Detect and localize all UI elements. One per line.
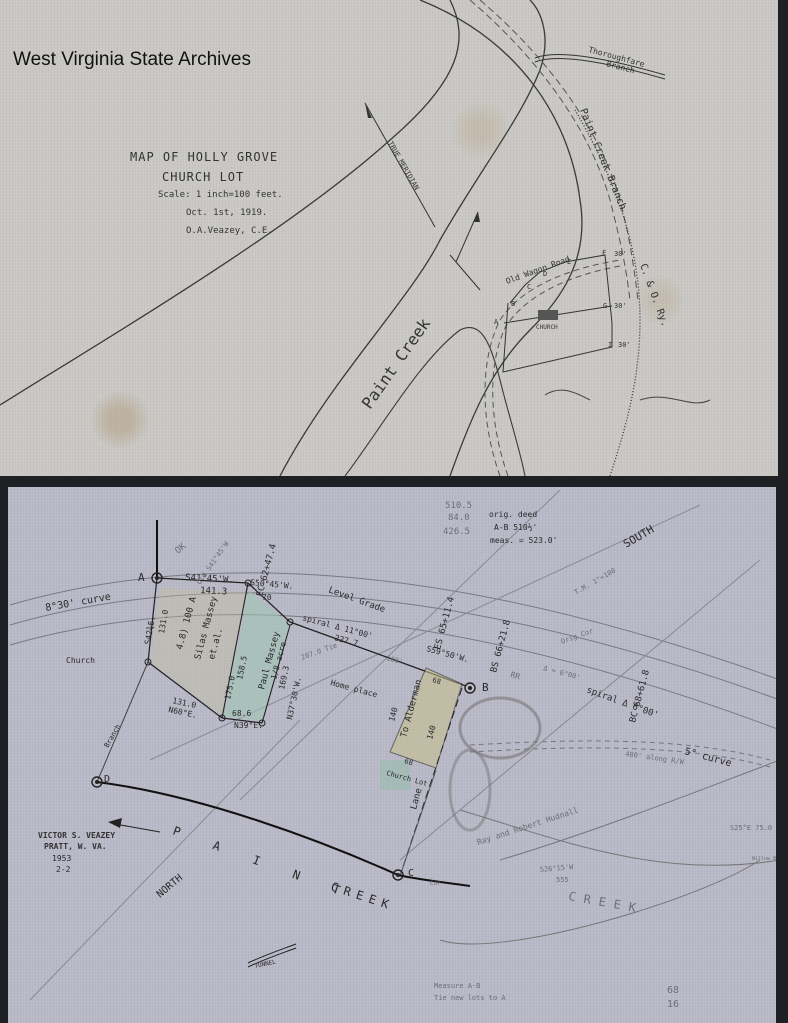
map-surveyor: O.A.Veazey, C.E. xyxy=(186,226,283,236)
svg-text:8°30' curve: 8°30' curve xyxy=(45,592,112,614)
svg-text:Orig Cor: Orig Cor xyxy=(560,627,594,646)
svg-text:N37°30'W.: N37°30'W. xyxy=(285,676,303,720)
svg-text:VICTOR S. VEAZEY: VICTOR S. VEAZEY xyxy=(38,831,115,840)
svg-text:400' along R/W: 400' along R/W xyxy=(625,750,685,766)
svg-text:Measure A-B: Measure A-B xyxy=(434,982,480,990)
svg-text:C: C xyxy=(527,283,531,291)
svg-text:ES 65+11.4: ES 65+11.4 xyxy=(433,596,457,651)
church-label: CHURCH xyxy=(536,324,558,331)
top-map-drawing: A B C D E F G I 30' 30' 30' CHURCH Old W… xyxy=(0,0,778,476)
svg-text:30': 30' xyxy=(614,250,627,258)
svg-text:A: A xyxy=(138,571,145,584)
svg-text:140: 140 xyxy=(387,706,399,722)
svg-text:Home place: Home place xyxy=(329,678,378,699)
svg-text:spiral Δ 6°00': spiral Δ 6°00' xyxy=(585,685,660,720)
svg-text:CREEK: CREEK xyxy=(567,889,644,916)
svg-text:PRATT, W. VA.: PRATT, W. VA. xyxy=(44,842,107,851)
svg-text:RR: RR xyxy=(509,670,521,681)
svg-text:Willow Bush: Willow Bush xyxy=(752,856,776,862)
svg-text:B: B xyxy=(482,681,489,694)
top-map-sheet: A B C D E F G I 30' 30' 30' CHURCH Old W… xyxy=(0,0,778,476)
svg-text:Δ = 6°00': Δ = 6°00' xyxy=(542,664,581,682)
svg-text:P A I N T: P A I N T xyxy=(171,824,355,902)
svg-text:orig. deed: orig. deed xyxy=(489,510,537,519)
svg-text:C: C xyxy=(408,868,414,879)
svg-text:Cor: Cor xyxy=(430,880,441,887)
svg-text:Church: Church xyxy=(66,656,95,665)
bottom-map-drawing: A B C D 8°30' curve S41°45'W. 141.3 S42¾… xyxy=(8,487,776,1023)
svg-text:S25°E 75.0: S25°E 75.0 xyxy=(730,824,772,832)
svg-text:SOUTH: SOUTH xyxy=(621,523,656,551)
svg-text:426.5: 426.5 xyxy=(443,527,470,537)
svg-text:S59°50'W.: S59°50'W. xyxy=(425,644,469,664)
svg-text:68: 68 xyxy=(667,985,679,996)
svg-text:I: I xyxy=(608,341,612,349)
svg-text:B: B xyxy=(511,300,515,308)
archive-watermark: West Virginia State Archives xyxy=(13,49,251,71)
svg-text:TUNNEL: TUNNEL xyxy=(254,959,277,970)
svg-text:207.0 Tie: 207.0 Tie xyxy=(300,641,338,661)
svg-text:2-2: 2-2 xyxy=(56,865,71,874)
map-title: MAP OF HOLLY GROVE xyxy=(130,150,283,164)
svg-text:OK: OK xyxy=(174,541,189,556)
svg-text:C. & O. Ry.: C. & O. Ry. xyxy=(637,262,670,328)
svg-text:G: G xyxy=(603,302,607,310)
svg-text:84.0: 84.0 xyxy=(448,513,470,523)
svg-text:A-B 510½': A-B 510½' xyxy=(494,522,537,532)
map-scale: Scale: 1 inch=100 feet. xyxy=(158,190,283,200)
svg-text:TRUE MERIDIAN: TRUE MERIDIAN xyxy=(386,140,420,191)
map-subtitle: CHURCH LOT xyxy=(162,170,283,184)
svg-text:EC 62+47.4: EC 62+47.4 xyxy=(255,543,279,598)
svg-text:NORTH: NORTH xyxy=(155,873,185,901)
svg-text:5° curve: 5° curve xyxy=(683,746,732,769)
svg-text:D: D xyxy=(104,774,110,785)
svg-text:510.5: 510.5 xyxy=(445,501,472,511)
svg-text:16: 16 xyxy=(667,999,679,1010)
bottom-map-sheet: A B C D 8°30' curve S41°45'W. 141.3 S42¾… xyxy=(8,487,776,1023)
svg-text:30': 30' xyxy=(614,302,627,310)
svg-text:BS 66+21.8: BS 66+21.8 xyxy=(489,619,513,674)
svg-text:S26°15'W: S26°15'W xyxy=(539,863,574,874)
svg-text:141.3: 141.3 xyxy=(200,586,228,597)
map-date: Oct. 1st, 1919. xyxy=(186,208,283,218)
svg-text:30': 30' xyxy=(618,341,631,349)
creek-label: Paint Creek xyxy=(358,314,435,412)
title-block: MAP OF HOLLY GROVE CHURCH LOT Scale: 1 i… xyxy=(130,150,283,236)
svg-text:555: 555 xyxy=(556,876,569,884)
svg-text:Ray and Robert Hudnall: Ray and Robert Hudnall xyxy=(476,806,580,847)
svg-text:68.6: 68.6 xyxy=(232,709,251,718)
svg-text:1953: 1953 xyxy=(52,854,71,863)
svg-text:F: F xyxy=(602,249,606,257)
svg-text:Paint Creek Branch: Paint Creek Branch xyxy=(577,107,628,212)
svg-text:100': 100' xyxy=(385,654,403,666)
svg-text:N39°E.: N39°E. xyxy=(234,721,263,730)
svg-text:Old Wagon Road: Old Wagon Road xyxy=(505,254,572,286)
svg-text:T.M. 1"=100: T.M. 1"=100 xyxy=(573,567,617,597)
svg-text:Tie new lots to A: Tie new lots to A xyxy=(434,994,506,1002)
svg-text:meas. = 523.0': meas. = 523.0' xyxy=(490,536,557,545)
